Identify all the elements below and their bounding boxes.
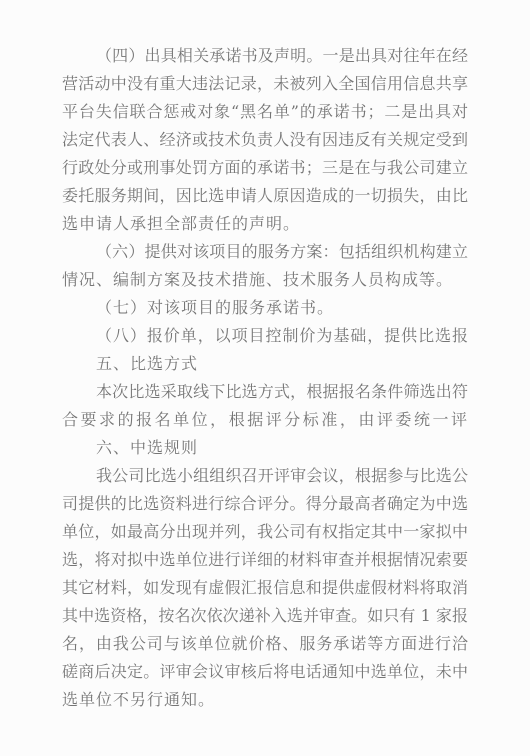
document-line: 我公司比选小组组织召开评审会议，根据参与比选公 — [62, 462, 468, 490]
document-line: 六、中选规则 — [62, 434, 468, 462]
document-line: 选申请人承担全部责任的声明。 — [62, 210, 468, 238]
document-line: 司提供的比选资料进行综合评分。得分最高者确定为中选 — [62, 490, 468, 518]
document-line: 磋商后决定。评审会议审核后将电话通知中选单位，未中 — [62, 658, 468, 686]
document-line: 委托服务期间，因比选申请人原因造成的一切损失，由比 — [62, 182, 468, 210]
document-line: （八）报价单，以项目控制价为基础，提供比选报价。 — [62, 322, 468, 350]
document-line: 其它材料，如发现有虚假汇报信息和提供虚假材料将取消 — [62, 574, 468, 602]
document-line: 其中选资格，按名次依次递补入选并审查。如只有 1 家报 — [62, 602, 468, 630]
document-page: （四）出具相关承诺书及声明。一是出具对往年在经营活动中没有重大违法记录，未被列入… — [0, 0, 530, 756]
document-line: 选，将对拟中选单位进行详细的材料审查并根据情况索要 — [62, 546, 468, 574]
document-line: （七）对该项目的服务承诺书。 — [62, 294, 468, 322]
document-line: 情况、编制方案及技术措施、技术服务人员构成等。 — [62, 266, 468, 294]
document-line: （四）出具相关承诺书及声明。一是出具对往年在经 — [62, 42, 468, 70]
document-line: 名，由我公司与该单位就价格、服务承诺等方面进行洽谈、 — [62, 630, 468, 658]
document-line: （六）提供对该项目的服务方案：包括组织机构建立 — [62, 238, 468, 266]
document-line: 行政处分或刑事处罚方面的承诺书；三是在与我公司建立 — [62, 154, 468, 182]
document-line: 合要求的报名单位，根据评分标准，由评委统一评比。 — [62, 406, 468, 434]
document-line: 法定代表人、经济或技术负责人没有因违反有关规定受到 — [62, 126, 468, 154]
document-line: 选单位不另行通知。 — [62, 686, 468, 714]
document-line: 单位，如最高分出现并列，我公司有权指定其中一家拟中 — [62, 518, 468, 546]
document-line: 本次比选采取线下比选方式，根据报名条件筛选出符 — [62, 378, 468, 406]
document-line: 五、比选方式 — [62, 350, 468, 378]
text-block: （四）出具相关承诺书及声明。一是出具对往年在经营活动中没有重大违法记录，未被列入… — [62, 42, 468, 714]
document-line: 平台失信联合惩戒对象“黑名单”的承诺书；二是出具对 — [62, 98, 468, 126]
document-line: 营活动中没有重大违法记录，未被列入全国信用信息共享 — [62, 70, 468, 98]
